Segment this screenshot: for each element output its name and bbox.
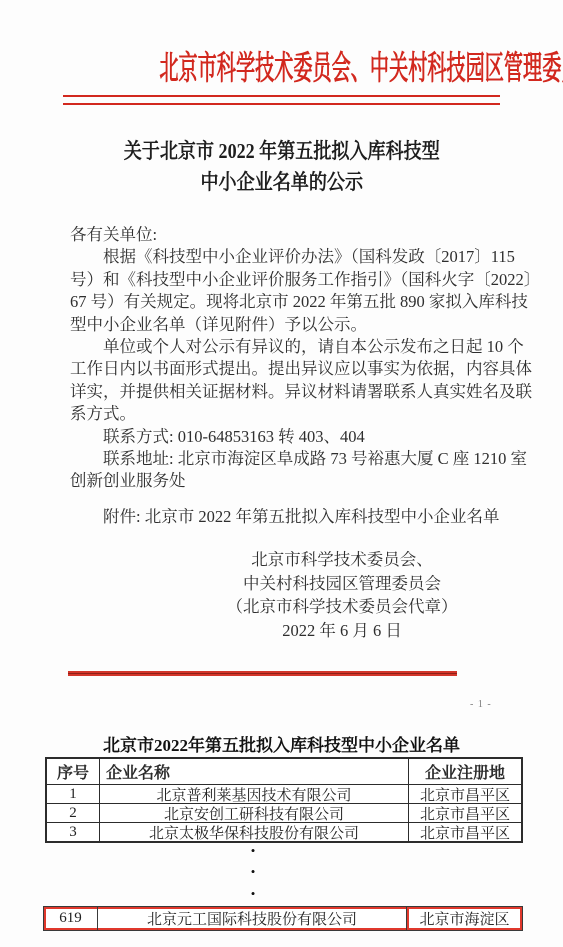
row-index: 2: [47, 804, 99, 822]
body-line: 系方式。: [70, 403, 530, 425]
body-line: 详实，并提供相关证据材料。异议材料请署联系人真实姓名及联: [70, 381, 530, 403]
table-row: 3 北京太极华保科技股份有限公司 北京市昌平区: [47, 822, 521, 841]
row-index: 619: [44, 907, 98, 930]
body-line: 号）和《科技型中小企业评价服务工作指引》（国科火字〔2022〕: [70, 269, 530, 291]
letterhead-banner: 北京市科学技术委员会、中关村科技园区管理委员会: [0, 42, 563, 89]
page-number: - 1 -: [470, 699, 492, 710]
header-企业名称: 企业名称: [99, 759, 409, 784]
header-企业注册地: 企业注册地: [409, 759, 521, 784]
row-index: 3: [47, 823, 99, 841]
body-line: 型中小企业名单（详见附件）予以公示。: [70, 314, 530, 336]
ellipsis-dot: •: [246, 882, 260, 906]
company-table: 序号 企业名称 企业注册地 1 北京普利莱基因技术有限公司 北京市昌平区 2 北…: [45, 757, 523, 843]
document-body: 各有关单位: 根据《科技型中小企业评价办法》（国科发政〔2017〕115 号）和…: [70, 224, 530, 493]
company-district: 北京市昌平区: [409, 785, 521, 803]
company-district: 北京市昌平区: [409, 823, 521, 841]
signature-date: 2022 年 6 月 6 日: [218, 619, 466, 643]
body-line: 工作日内以书面形式提出。提出异议应以事实为依据，内容具体: [70, 358, 530, 380]
signature-block: 北京市科学技术委员会、 中关村科技园区管理委员会 （北京市科学技术委员会代章） …: [218, 548, 466, 642]
document-title: 关于北京市 2022 年第五批拟入库科技型 中小企业名单的公示: [0, 136, 563, 198]
letterhead-divider: [63, 95, 500, 105]
document-title-line1: 关于北京市 2022 年第五批拟入库科技型: [123, 136, 439, 167]
company-name: 北京元工国际科技股份有限公司: [98, 907, 407, 930]
table-header-row: 序号 企业名称 企业注册地: [47, 759, 521, 784]
salutation: 各有关单位:: [70, 224, 530, 246]
signature-seal-note: （北京市科学技术委员会代章）: [218, 595, 466, 619]
body-line: 67 号）有关规定。现将北京市 2022 年第五批 890 家拟入库科技: [70, 291, 530, 313]
document-title-line2: 中小企业名单的公示: [123, 167, 439, 198]
ellipsis-dot: •: [246, 861, 260, 882]
table-row: 2 北京安创工研科技有限公司 北京市昌平区: [47, 803, 521, 822]
contact-phone-line: 联系方式: 010-64853163 转 403、404: [70, 426, 530, 448]
document-page: 北京市科学技术委员会、中关村科技园区管理委员会 关于北京市 2022 年第五批拟…: [0, 0, 563, 947]
table-ellipsis: • • •: [246, 840, 260, 906]
signature-org-1: 北京市科学技术委员会、: [218, 548, 466, 572]
body-line: 单位或个人对公示有异议的，请自本公示发布之日起 10 个: [70, 336, 530, 358]
attachment-reference: 附件: 北京市 2022 年第五批拟入库科技型中小企业名单: [70, 503, 540, 527]
header-序号: 序号: [47, 759, 99, 784]
signature-org-2: 中关村科技园区管理委员会: [218, 572, 466, 596]
company-name: 北京普利莱基因技术有限公司: [99, 785, 409, 803]
table-row: 1 北京普利莱基因技术有限公司 北京市昌平区: [47, 784, 521, 803]
contact-address-line: 联系地址: 北京市海淀区阜成路 73 号裕惠大厦 C 座 1210 室: [70, 448, 530, 470]
company-district: 北京市海淀区: [407, 907, 522, 930]
letterhead-banner-text: 北京市科学技术委员会、中关村科技园区管理委员会: [159, 42, 563, 89]
row-index: 1: [47, 785, 99, 803]
company-district: 北京市昌平区: [409, 804, 521, 822]
company-name: 北京太极华保科技股份有限公司: [99, 823, 409, 841]
ellipsis-dot: •: [246, 840, 260, 861]
table-title: 北京市2022年第五批拟入库科技型中小企业名单: [0, 731, 563, 756]
contact-address-line2: 创新创业服务处: [70, 470, 530, 492]
section-divider: [68, 671, 457, 676]
highlighted-table-row-619: 619 北京元工国际科技股份有限公司 北京市海淀区: [43, 906, 523, 931]
company-name: 北京安创工研科技有限公司: [99, 804, 409, 822]
body-line: 根据《科技型中小企业评价办法》（国科发政〔2017〕115: [70, 246, 530, 268]
